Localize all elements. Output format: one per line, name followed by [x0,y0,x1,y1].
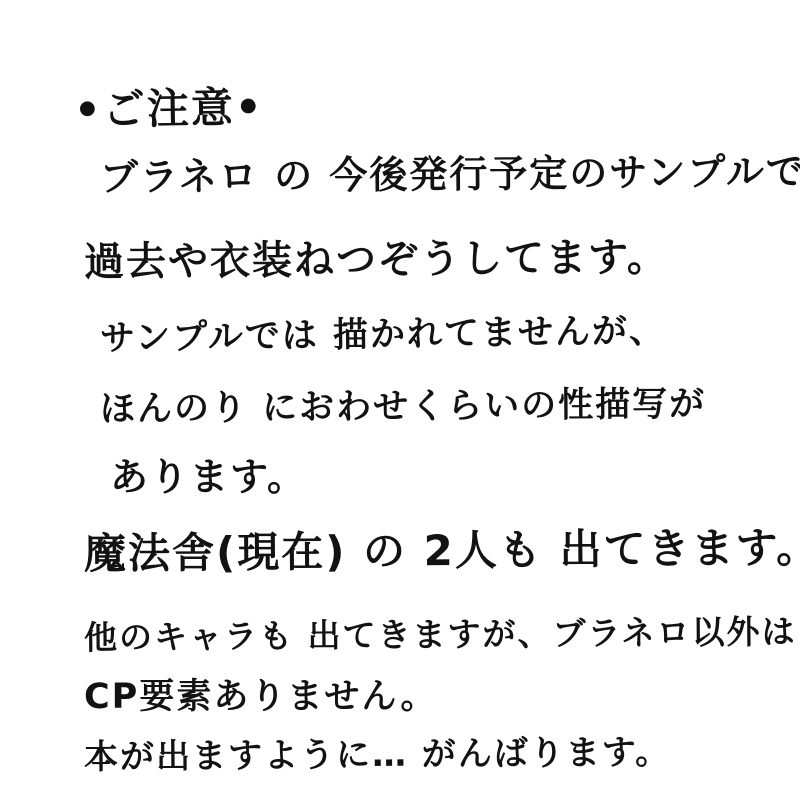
note-title: •ご注意• [74,86,264,131]
note-line: あります。 [110,458,307,496]
handwritten-note-page: •ご注意• ブラネロ の 今後発行予定のサンプルです。 過去や衣装ねつぞうしてま… [0,0,800,800]
note-line: 本が出ますように… がんばります。 [84,735,671,774]
note-line: ブラネロ の 今後発行予定のサンプルです。 [100,152,800,197]
note-line: サンプルでは 描かれてませんが、 [100,314,666,357]
note-line: ほんのり におわせくらいの性描写が [100,387,706,427]
note-line: 過去や衣装ねつぞうしてます。 [84,237,669,282]
note-line: 魔法舎(現在) の 2人も 出てきます。 [84,527,800,575]
note-line: 他のキャラも 出てきますが、ブラネロ以外は [84,615,797,654]
note-line: CP要素ありません。 [84,680,437,715]
